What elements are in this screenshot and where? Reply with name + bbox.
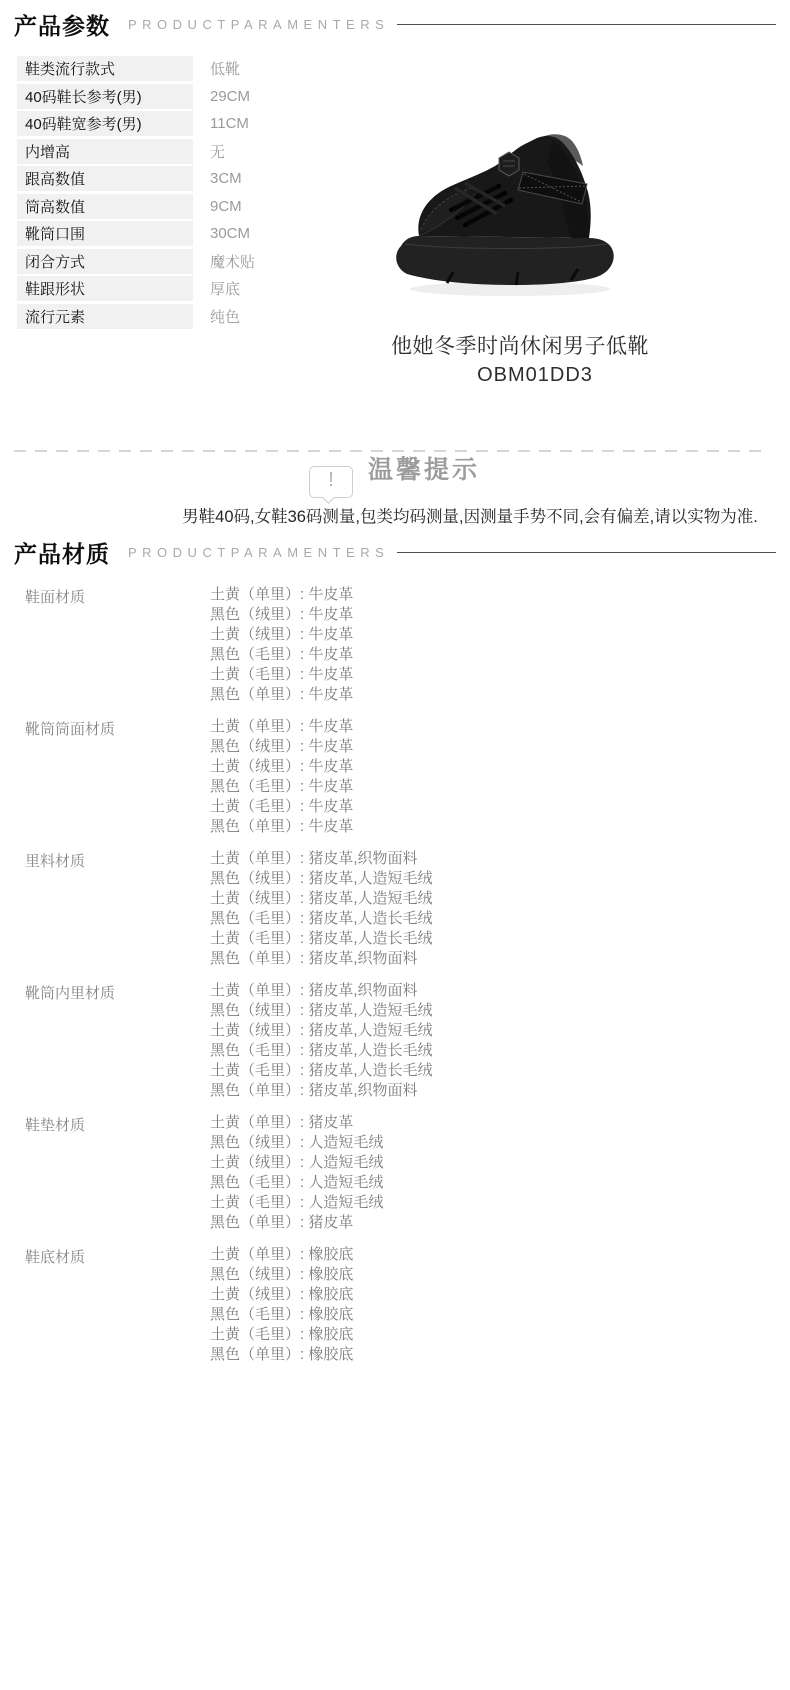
- params-table: 鞋类流行款式 低靴 40码鞋长参考(男) 29CM 40码鞋宽参考(男) 11C…: [17, 56, 255, 331]
- materials-subtitle: PRODUCTPARAMENTERS: [128, 545, 389, 560]
- material-line: 土黄（单里）: 牛皮革: [210, 585, 790, 605]
- table-row: 40码鞋宽参考(男) 11CM: [17, 111, 255, 136]
- params-title: 产品参数: [14, 8, 110, 41]
- material-line: 黑色（绒里）: 猪皮革,人造短毛绒: [210, 1001, 790, 1021]
- header-rule: [397, 24, 776, 25]
- param-value: 厚底: [210, 276, 240, 301]
- tips-text: 男鞋40码,女鞋36码测量,包类均码测量,因测量手势不同,会有偏差,请以实物为准…: [120, 503, 790, 527]
- material-group-lining: 里料材质 土黄（单里）: 猪皮革,织物面料 黑色（绒里）: 猪皮革,人造短毛绒 …: [0, 849, 790, 969]
- table-row: 内增高 无: [17, 139, 255, 164]
- material-group-insole: 鞋垫材质 土黄（单里）: 猪皮革 黑色（绒里）: 人造短毛绒 土黄（绒里）: 人…: [0, 1113, 790, 1233]
- param-label: 鞋跟形状: [17, 276, 193, 301]
- material-line: 黑色（毛里）: 猪皮革,人造长毛绒: [210, 1041, 790, 1061]
- material-line: 土黄（单里）: 橡胶底: [210, 1245, 790, 1265]
- material-group-label: 鞋底材质: [25, 1246, 85, 1267]
- material-group-label: 里料材质: [25, 850, 85, 871]
- material-line: 黑色（毛里）: 猪皮革,人造长毛绒: [210, 909, 790, 929]
- material-line: 黑色（绒里）: 橡胶底: [210, 1265, 790, 1285]
- tips-title: 温馨提示: [368, 450, 480, 486]
- table-row: 40码鞋长参考(男) 29CM: [17, 84, 255, 109]
- shoe-illustration: [385, 126, 635, 306]
- material-group-lines: 土黄（单里）: 猪皮革,织物面料 黑色（绒里）: 猪皮革,人造短毛绒 土黄（绒里…: [210, 849, 790, 969]
- material-group-shaft-lining: 靴筒内里材质 土黄（单里）: 猪皮革,织物面料 黑色（绒里）: 猪皮革,人造短毛…: [0, 981, 790, 1101]
- exclamation-mark: !: [310, 469, 352, 492]
- material-line: 黑色（单里）: 猪皮革: [210, 1213, 790, 1233]
- material-line: 黑色（单里）: 牛皮革: [210, 685, 790, 705]
- material-group-lines: 土黄（单里）: 猪皮革,织物面料 黑色（绒里）: 猪皮革,人造短毛绒 土黄（绒里…: [210, 981, 790, 1101]
- material-line: 黑色（绒里）: 人造短毛绒: [210, 1133, 790, 1153]
- material-line: 黑色（毛里）: 牛皮革: [210, 777, 790, 797]
- exclamation-bubble-icon: !: [309, 466, 353, 498]
- material-line: 土黄（毛里）: 猪皮革,人造长毛绒: [210, 1061, 790, 1081]
- material-line: 土黄（毛里）: 猪皮革,人造长毛绒: [210, 929, 790, 949]
- params-subtitle: PRODUCTPARAMENTERS: [128, 17, 389, 32]
- material-group-label: 鞋面材质: [25, 586, 85, 607]
- material-line: 土黄（绒里）: 橡胶底: [210, 1285, 790, 1305]
- material-group-label: 鞋垫材质: [25, 1114, 85, 1135]
- material-line: 土黄（毛里）: 橡胶底: [210, 1325, 790, 1345]
- material-line: 黑色（单里）: 橡胶底: [210, 1345, 790, 1365]
- param-value: 29CM: [210, 84, 250, 109]
- table-row: 靴筒口围 30CM: [17, 221, 255, 246]
- material-line: 黑色（单里）: 猪皮革,织物面料: [210, 1081, 790, 1101]
- material-line: 土黄（毛里）: 牛皮革: [210, 797, 790, 817]
- material-line: 土黄（毛里）: 人造短毛绒: [210, 1193, 790, 1213]
- bubble-tail: [322, 491, 335, 504]
- material-group-upper: 鞋面材质 土黄（单里）: 牛皮革 黑色（绒里）: 牛皮革 土黄（绒里）: 牛皮革…: [0, 585, 790, 705]
- table-row: 鞋类流行款式 低靴: [17, 56, 255, 81]
- param-label: 流行元素: [17, 304, 193, 329]
- materials-section-header: 产品材质 PRODUCTPARAMENTERS: [14, 536, 776, 569]
- product-name: 他她冬季时尚休闲男子低靴: [330, 330, 710, 360]
- param-label: 鞋类流行款式: [17, 56, 193, 81]
- material-line: 土黄（绒里）: 猪皮革,人造短毛绒: [210, 889, 790, 909]
- material-group-label: 靴筒筒面材质: [25, 718, 115, 739]
- table-row: 鞋跟形状 厚底: [17, 276, 255, 301]
- material-line: 土黄（绒里）: 人造短毛绒: [210, 1153, 790, 1173]
- table-row: 跟高数值 3CM: [17, 166, 255, 191]
- param-value: 11CM: [210, 111, 249, 136]
- material-line: 土黄（绒里）: 猪皮革,人造短毛绒: [210, 1021, 790, 1041]
- material-group-outsole: 鞋底材质 土黄（单里）: 橡胶底 黑色（绒里）: 橡胶底 土黄（绒里）: 橡胶底…: [0, 1245, 790, 1365]
- material-line: 黑色（毛里）: 人造短毛绒: [210, 1173, 790, 1193]
- material-line: 黑色（绒里）: 牛皮革: [210, 737, 790, 757]
- material-group-lines: 土黄（单里）: 猪皮革 黑色（绒里）: 人造短毛绒 土黄（绒里）: 人造短毛绒 …: [210, 1113, 790, 1233]
- material-line: 黑色（毛里）: 橡胶底: [210, 1305, 790, 1325]
- param-label: 内增高: [17, 139, 193, 164]
- material-line: 黑色（单里）: 牛皮革: [210, 817, 790, 837]
- material-line: 土黄（单里）: 猪皮革: [210, 1113, 790, 1133]
- param-value: 低靴: [210, 56, 240, 81]
- material-group-shaft-surface: 靴筒筒面材质 土黄（单里）: 牛皮革 黑色（绒里）: 牛皮革 土黄（绒里）: 牛…: [0, 717, 790, 837]
- table-row: 流行元素 纯色: [17, 304, 255, 329]
- table-row: 筒高数值 9CM: [17, 194, 255, 219]
- material-line: 黑色（毛里）: 牛皮革: [210, 645, 790, 665]
- param-value: 无: [210, 139, 225, 164]
- materials-title: 产品材质: [14, 536, 110, 569]
- materials-list: 鞋面材质 土黄（单里）: 牛皮革 黑色（绒里）: 牛皮革 土黄（绒里）: 牛皮革…: [0, 585, 790, 1377]
- product-detail-page: 产品参数 PRODUCTPARAMENTERS 鞋类流行款式 低靴 40码鞋长参…: [0, 0, 790, 1690]
- material-line: 土黄（单里）: 猪皮革,织物面料: [210, 849, 790, 869]
- material-line: 土黄（单里）: 牛皮革: [210, 717, 790, 737]
- param-value: 3CM: [210, 166, 242, 191]
- material-group-lines: 土黄（单里）: 橡胶底 黑色（绒里）: 橡胶底 土黄（绒里）: 橡胶底 黑色（毛…: [210, 1245, 790, 1365]
- param-value: 纯色: [210, 304, 240, 329]
- param-label: 闭合方式: [17, 249, 193, 274]
- param-label: 靴筒口围: [17, 221, 193, 246]
- material-line: 黑色（绒里）: 牛皮革: [210, 605, 790, 625]
- material-group-lines: 土黄（单里）: 牛皮革 黑色（绒里）: 牛皮革 土黄（绒里）: 牛皮革 黑色（毛…: [210, 717, 790, 837]
- param-label: 40码鞋宽参考(男): [17, 111, 193, 136]
- product-shoe-image: [385, 126, 635, 306]
- material-line: 土黄（单里）: 猪皮革,织物面料: [210, 981, 790, 1001]
- param-value: 9CM: [210, 194, 242, 219]
- material-line: 黑色（单里）: 猪皮革,织物面料: [210, 949, 790, 969]
- material-line: 土黄（绒里）: 牛皮革: [210, 625, 790, 645]
- param-label: 40码鞋长参考(男): [17, 84, 193, 109]
- material-group-label: 靴筒内里材质: [25, 982, 115, 1003]
- param-label: 跟高数值: [17, 166, 193, 191]
- material-line: 黑色（绒里）: 猪皮革,人造短毛绒: [210, 869, 790, 889]
- table-row: 闭合方式 魔术贴: [17, 249, 255, 274]
- param-value: 30CM: [210, 221, 250, 246]
- material-line: 土黄（绒里）: 牛皮革: [210, 757, 790, 777]
- params-section-header: 产品参数 PRODUCTPARAMENTERS: [14, 8, 776, 41]
- param-label: 筒高数值: [17, 194, 193, 219]
- material-group-lines: 土黄（单里）: 牛皮革 黑色（绒里）: 牛皮革 土黄（绒里）: 牛皮革 黑色（毛…: [210, 585, 790, 705]
- material-line: 土黄（毛里）: 牛皮革: [210, 665, 790, 685]
- product-model-code: OBM01DD3: [330, 364, 740, 387]
- header-rule: [397, 552, 776, 553]
- param-value: 魔术贴: [210, 249, 255, 274]
